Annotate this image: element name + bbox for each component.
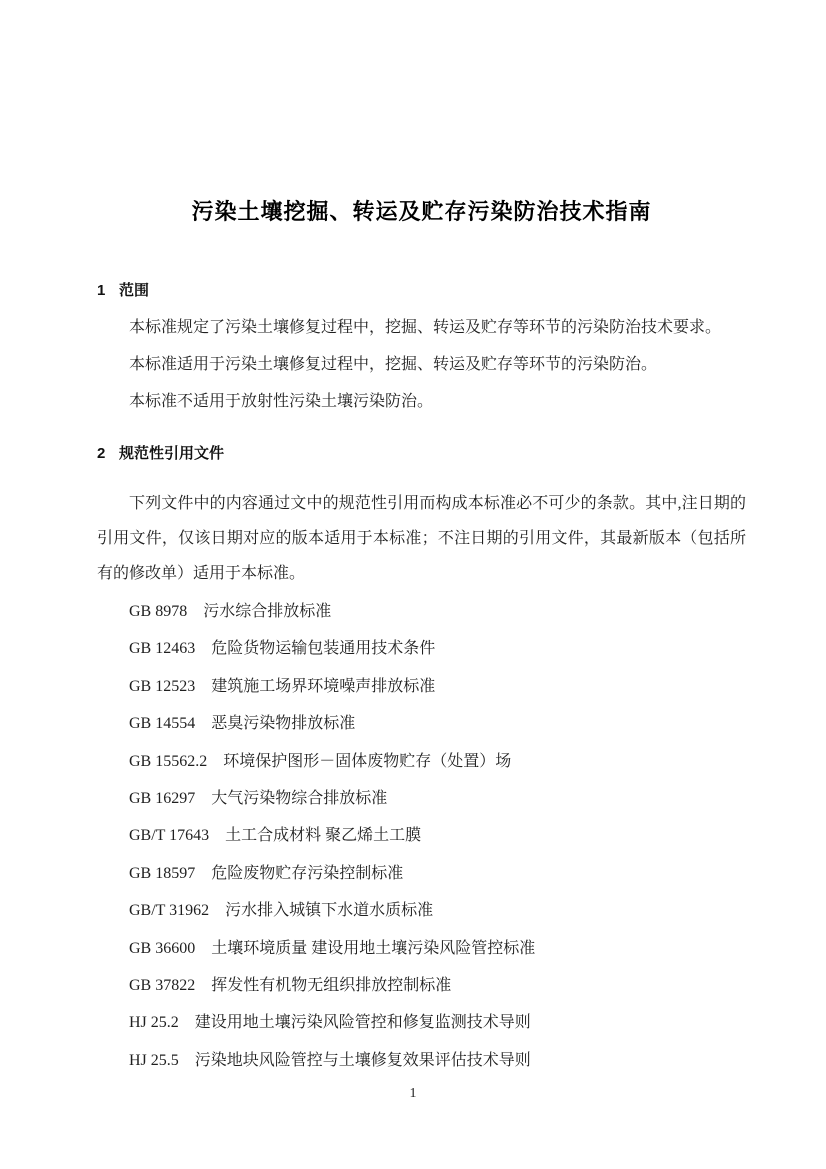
reference-item: GB/T 31962污水排入城镇下水道水质标准 bbox=[129, 892, 746, 929]
reference-code: GB 15562.2 bbox=[129, 753, 207, 770]
reference-item: GB 15562.2环境保护图形－固体废物贮存（处置）场 bbox=[129, 743, 746, 780]
reference-title: 污染地块风险管控与土壤修复效果评估技术导则 bbox=[195, 1052, 531, 1069]
reference-item: GB 16297大气污染物综合排放标准 bbox=[129, 780, 746, 817]
reference-code: GB 37822 bbox=[129, 977, 195, 994]
reference-item: GB 36600土壤环境质量 建设用地土壤污染风险管控标准 bbox=[129, 930, 746, 967]
reference-code: GB 36600 bbox=[129, 940, 195, 957]
reference-title: 建筑施工场界环境噪声排放标准 bbox=[211, 678, 435, 695]
reference-title: 污水综合排放标准 bbox=[203, 603, 331, 620]
section-2-heading: 2规范性引用文件 bbox=[97, 444, 746, 464]
reference-title: 大气污染物综合排放标准 bbox=[211, 790, 387, 807]
paragraph: 本标准规定了污染土壤修复过程中，挖掘、转运及贮存等环节的污染防治技术要求。 bbox=[97, 318, 746, 338]
reference-title: 危险废物贮存污染控制标准 bbox=[211, 865, 403, 882]
reference-item: HJ 25.2建设用地土壤污染风险管控和修复监测技术导则 bbox=[129, 1004, 746, 1041]
reference-item: HJ 25.5污染地块风险管控与土壤修复效果评估技术导则 bbox=[129, 1042, 746, 1079]
reference-title: 土壤环境质量 建设用地土壤污染风险管控标准 bbox=[211, 940, 535, 957]
reference-code: GB 12463 bbox=[129, 640, 195, 657]
section-1-number: 1 bbox=[97, 281, 119, 301]
section-1-paragraphs: 本标准规定了污染土壤修复过程中，挖掘、转运及贮存等环节的污染防治技术要求。 本标… bbox=[97, 318, 746, 412]
section-1-heading: 1范围 bbox=[97, 281, 746, 301]
reference-item: GB 14554恶臭污染物排放标准 bbox=[129, 705, 746, 742]
document-title: 污染土壤挖掘、转运及贮存污染防治技术指南 bbox=[97, 197, 746, 227]
reference-title: 恶臭污染物排放标准 bbox=[211, 715, 355, 732]
reference-code: GB 16297 bbox=[129, 790, 195, 807]
reference-item: GB 8978污水综合排放标准 bbox=[129, 593, 746, 630]
reference-item: GB 12463危险货物运输包装通用技术条件 bbox=[129, 630, 746, 667]
section-2-intro-paragraph: 下列文件中的内容通过文中的规范性引用而构成本标准必不可少的条款。其中,注日期的引… bbox=[97, 486, 746, 591]
section-2-number: 2 bbox=[97, 444, 119, 464]
page-number: 1 bbox=[0, 1086, 826, 1102]
reference-title: 环境保护图形－固体废物贮存（处置）场 bbox=[223, 753, 511, 770]
reference-item: GB 12523建筑施工场界环境噪声排放标准 bbox=[129, 668, 746, 705]
reference-item: GB 18597危险废物贮存污染控制标准 bbox=[129, 855, 746, 892]
paragraph: 本标准不适用于放射性污染土壤污染防治。 bbox=[97, 392, 746, 412]
reference-title: 挥发性有机物无组织排放控制标准 bbox=[211, 977, 451, 994]
reference-title: 危险货物运输包装通用技术条件 bbox=[211, 640, 435, 657]
normative-references-list: GB 8978污水综合排放标准 GB 12463危险货物运输包装通用技术条件 G… bbox=[97, 593, 746, 1079]
reference-code: GB/T 31962 bbox=[129, 902, 209, 919]
reference-code: GB 14554 bbox=[129, 715, 195, 732]
reference-title: 建设用地土壤污染风险管控和修复监测技术导则 bbox=[195, 1014, 531, 1031]
reference-code: GB 18597 bbox=[129, 865, 195, 882]
document-page: 污染土壤挖掘、转运及贮存污染防治技术指南 1范围 本标准规定了污染土壤修复过程中… bbox=[0, 0, 826, 1169]
reference-code: GB/T 17643 bbox=[129, 827, 209, 844]
reference-code: GB 12523 bbox=[129, 678, 195, 695]
page-content: 污染土壤挖掘、转运及贮存污染防治技术指南 1范围 本标准规定了污染土壤修复过程中… bbox=[0, 0, 826, 1079]
reference-title: 污水排入城镇下水道水质标准 bbox=[225, 902, 433, 919]
section-1-title: 范围 bbox=[119, 282, 149, 299]
reference-title: 土工合成材料 聚乙烯土工膜 bbox=[225, 827, 421, 844]
reference-item: GB/T 17643土工合成材料 聚乙烯土工膜 bbox=[129, 817, 746, 854]
section-2-title: 规范性引用文件 bbox=[119, 445, 224, 462]
reference-code: GB 8978 bbox=[129, 603, 187, 620]
paragraph: 本标准适用于污染土壤修复过程中，挖掘、转运及贮存等环节的污染防治。 bbox=[97, 355, 746, 375]
reference-code: HJ 25.2 bbox=[129, 1014, 179, 1031]
reference-item: GB 37822挥发性有机物无组织排放控制标准 bbox=[129, 967, 746, 1004]
reference-code: HJ 25.5 bbox=[129, 1052, 179, 1069]
